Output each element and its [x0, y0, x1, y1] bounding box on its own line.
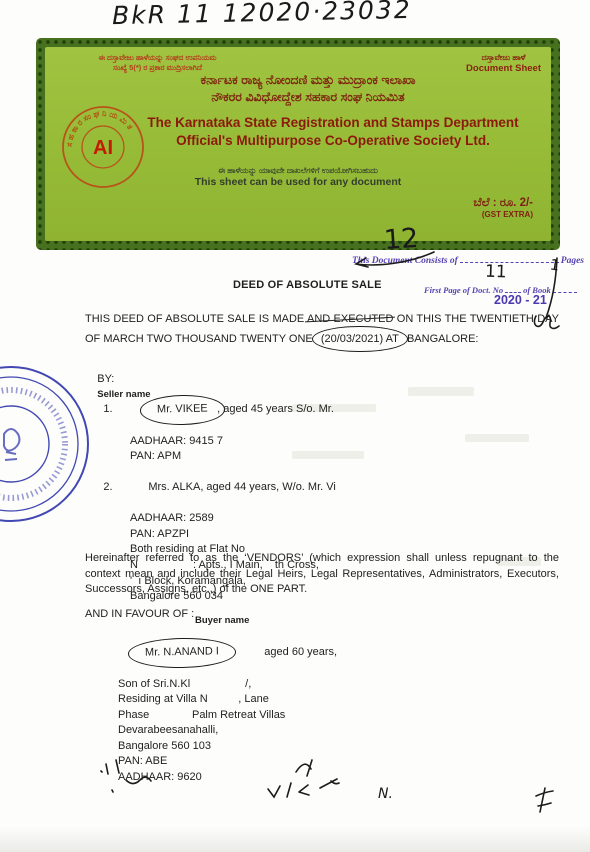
sheet-price: ಬೆಲೆ : ರೂ. 2/- (GST EXTRA): [473, 197, 533, 219]
pages-stamp-unit: Pages: [561, 256, 584, 266]
seller-details: , aged 44 years, W/o. Mr. Vi: [200, 481, 336, 493]
notary-round-seal-icon: [0, 356, 90, 532]
department-title-en-line2: Official's Multipurpose Co-Operative Soc…: [115, 133, 551, 148]
buyer-age: aged 60 years,: [264, 646, 337, 658]
handwritten-document-number: BkR 11 12020·23032: [112, 0, 412, 30]
sheet-price-value: ಬೆಲೆ : ರೂ. 2/-: [473, 197, 533, 210]
sheet-price-gst: (GST EXTRA): [473, 210, 533, 219]
buyer-line: Devarabeesanahalli,: [85, 723, 570, 739]
buyer-block: Mr. N.ANAND Iaged 60 years, Son of Sri.N…: [85, 628, 570, 785]
buyer-line: AADHAAR: 9620: [85, 770, 570, 786]
deed-title: DEED OF ABSOLUTE SALE: [233, 279, 382, 291]
printing-notice-line2: ಸಂಖ್ಯೆ 5(*) ರ ಪ್ರಕಾರ ಮುದ್ರಿಸಲಾಗಿದೆ: [55, 63, 260, 73]
seller-details: , aged 45 years S/o. Mr.: [217, 403, 334, 415]
handwritten-book-no: 1: [549, 255, 561, 274]
document-sheet-label-kn: ದಸ್ತಾವೇಜು ಹಾಳೆ: [466, 53, 541, 63]
year-stamp: 2020 - 21: [494, 293, 547, 307]
scan-edge-shadow: [0, 826, 590, 852]
dotted-leader: [553, 292, 577, 293]
usage-note: ಈ ಹಾಳೆಯನ್ನು ಯಾವುದೇ ದಾಖಲೆಗಳಿಗೆ ಉಪಯೋಗಿಸಬಹು…: [45, 166, 551, 188]
seller-name: Mr. VIKEE: [157, 402, 208, 415]
handwritten-initial-n: N.: [378, 786, 393, 802]
seller-number: 2.: [103, 480, 148, 496]
department-title-en-line1: The Karnataka State Registration and Sta…: [115, 115, 551, 130]
favour-label: AND IN FAVOUR OF :: [85, 608, 194, 620]
intro-text: THIS DEED OF ABSOLUTE SALE IS MADE: [85, 313, 307, 325]
seller-pan: PAN: APZPI: [85, 527, 570, 543]
buyer-row: Mr. N.ANAND Iaged 60 years,: [85, 628, 570, 677]
seller-aadhaar: AADHAAR: 9415 7: [85, 434, 570, 450]
usage-note-kn: ಈ ಹಾಳೆಯನ್ನು ಯಾವುದೇ ದಾಖಲೆಗಳಿಗೆ ಉಪಯೋಗಿಸಬಹು…: [45, 166, 551, 176]
buyer-line: Son of Sri.N.Kl /,: [85, 677, 570, 693]
buyer-line: PAN: ABE: [85, 754, 570, 770]
intro-paragraph: THIS DEED OF ABSOLUTE SALE IS MADE AND E…: [85, 310, 559, 349]
vendors-clause: Hereinafter referred to as the ‘VENDORS’…: [85, 551, 559, 598]
handwritten-doct-no: 11: [485, 262, 507, 283]
buyer-name: Mr. N.ANAND I: [145, 645, 219, 658]
stamp-sheet-face: ಈ ದಸ್ತಾವೇಜು ಹಾಳೆಯನ್ನು ಸಂಘದ ಉಪನಿಯಮ ಸಂಖ್ಯೆ…: [45, 47, 551, 241]
printing-notice: ಈ ದಸ್ತಾವೇಜು ಹಾಳೆಯನ್ನು ಸಂಘದ ಉಪನಿಯಮ ಸಂಖ್ಯೆ…: [55, 53, 260, 72]
scanned-deed-page: BkR 11 12020·23032 ಈ ದಸ್ತಾವೇಜು ಹಾಳೆಯನ್ನು…: [0, 0, 590, 852]
stamp-sheet: ಈ ದಸ್ತಾವೇಜು ಹಾಳೆಯನ್ನು ಸಂಘದ ಉಪನಿಯಮ ಸಂಖ್ಯೆ…: [36, 38, 560, 250]
seller-aadhaar: AADHAAR: 2589: [85, 511, 570, 527]
pen-circle-seller1: Mr. VIKEE: [140, 394, 225, 425]
pages-stamp-label: This Document Consists of: [352, 256, 458, 266]
handwritten-pages-count: 12: [383, 223, 419, 256]
pen-struck-text: AND EXECUTED: [307, 313, 393, 325]
intro-text: BANGALORE:: [404, 333, 479, 345]
usage-note-en: This sheet can be used for any document: [45, 176, 551, 188]
department-title-kn-line2: ನೌಕರರ ವಿವಿಧೋದ್ದೇಶ ಸಹಕಾರ ಸಂಘ ನಿಯಮಿತ: [105, 90, 511, 105]
printing-notice-line1: ಈ ದಸ್ತಾವೇಜು ಹಾಳೆಯನ್ನು ಸಂಘದ ಉಪನಿಯಮ: [55, 53, 260, 63]
pen-circle-date: (20/03/2021) AT: [312, 326, 408, 353]
buyer-line: Bangalore 560 103: [85, 739, 570, 755]
first-page-stamp-label: First Page of Doct. No: [424, 285, 503, 295]
department-title-kn-line1: ಕರ್ನಾಟಕ ರಾಜ್ಯ ನೋಂದಣಿ ಮತ್ತು ಮುದ್ರಾಂಕ ಇಲಾಖ…: [105, 73, 511, 88]
pen-circle-buyer: Mr. N.ANAND I: [128, 637, 236, 668]
buyer-name-label: Buyer name: [195, 615, 249, 626]
buyer-line: Residing at Villa N , Lane: [85, 692, 570, 708]
seller-row-1: 1.Mr. VIKEE, aged 45 years S/o. Mr.: [85, 385, 570, 434]
seller-name: Mrs. ALKA: [148, 481, 200, 493]
buyer-line: Phase Palm Retreat Villas: [85, 708, 570, 724]
document-sheet-label: ದಸ್ತಾವೇಜು ಹಾಳೆ Document Sheet: [466, 53, 541, 74]
seal-ai-text: AI: [93, 137, 113, 159]
dotted-leader: [460, 262, 559, 263]
seller-row-2: 2.Mrs. ALKA, aged 44 years, W/o. Mr. Vi: [85, 465, 570, 512]
seller-pan: PAN: APM: [85, 449, 570, 465]
